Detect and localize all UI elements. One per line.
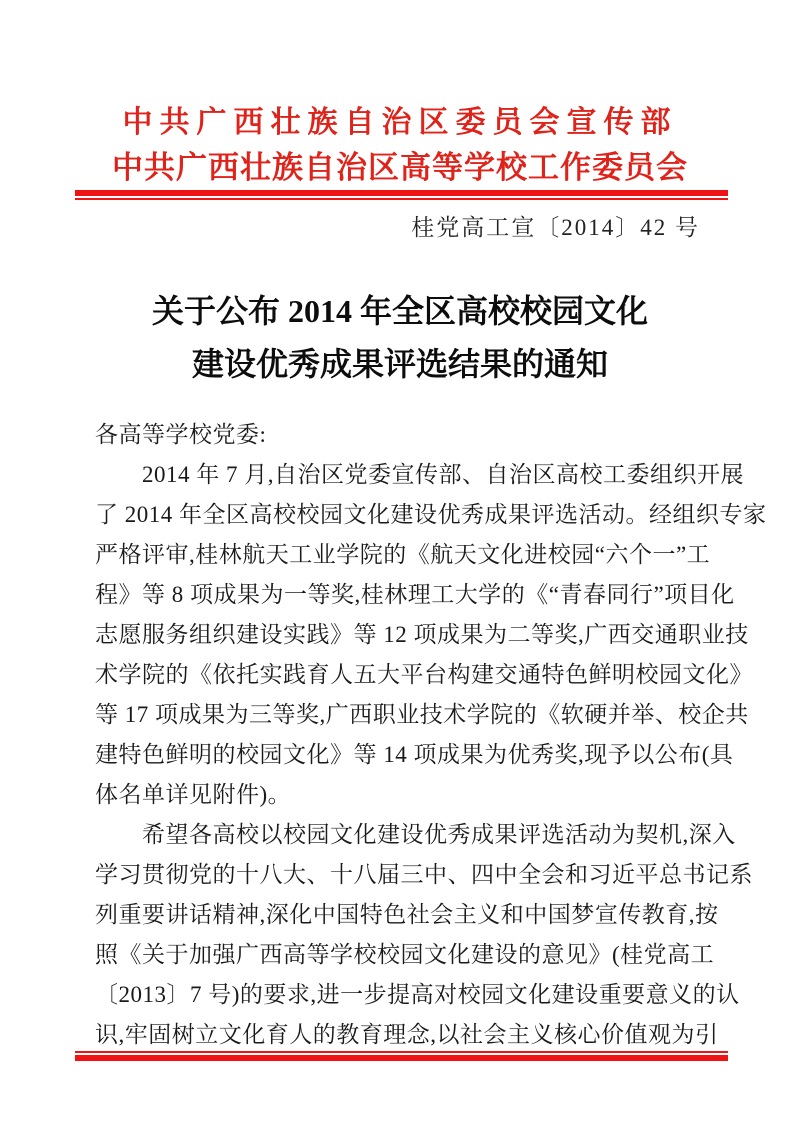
document-title-line-2: 建设优秀成果评选结果的通知: [0, 338, 800, 391]
text-line: 体名单详见附件)。: [95, 775, 715, 815]
paragraph-1: 2014 年 7 月,自治区党委宣传部、自治区高校工委组织开展了 2014 年全…: [95, 455, 715, 815]
red-rule-bottom-thick-line: [75, 1055, 728, 1061]
issuing-org-line-1: 中共广西壮族自治区委员会宣传部: [0, 101, 800, 145]
text-line: 〔2013〕7 号)的要求,进一步提高对校园文化建设重要意义的认: [95, 975, 715, 1015]
text-line: 了 2014 年全区高校校园文化建设优秀成果评选活动。经组织专家: [95, 495, 715, 535]
document-title-line-1: 关于公布 2014 年全区高校校园文化: [0, 285, 800, 338]
red-rule-top: [75, 190, 728, 200]
issuing-org-line-2: 中共广西壮族自治区高等学校工作委员会: [0, 146, 800, 190]
text-line: 学习贯彻党的十八大、十八届三中、四中全会和习近平总书记系: [95, 855, 715, 895]
text-line: 严格评审,桂林航天工业学院的《航天文化进校园“六个一”工: [95, 535, 715, 575]
salutation: 各高等学校党委:: [95, 415, 715, 455]
text-line: 等 17 项成果为三等奖,广西职业技术学院的《软硬并举、校企共: [95, 695, 715, 735]
text-line: 术学院的《依托实践育人五大平台构建交通特色鲜明校园文化》: [95, 655, 715, 695]
document-title: 关于公布 2014 年全区高校校园文化 建设优秀成果评选结果的通知: [0, 285, 800, 391]
red-rule-top-thin-line: [75, 198, 728, 200]
paragraph-2: 希望各高校以校园文化建设优秀成果评选活动为契机,深入学习贯彻党的十八大、十八届三…: [95, 815, 715, 1055]
text-line: 列重要讲话精神,深化中国特色社会主义和中国梦宣传教育,按: [95, 895, 715, 935]
document-number: 桂党高工宣〔2014〕42 号: [411, 212, 700, 244]
document-body: 各高等学校党委: 2014 年 7 月,自治区党委宣传部、自治区高校工委组织开展…: [95, 415, 715, 1055]
text-line: 希望各高校以校园文化建设优秀成果评选活动为契机,深入: [95, 815, 715, 855]
text-line: 建特色鲜明的校园文化》等 14 项成果为优秀奖,现予以公布(具: [95, 735, 715, 775]
text-line: 2014 年 7 月,自治区党委宣传部、自治区高校工委组织开展: [95, 455, 715, 495]
text-line: 识,牢固树立文化育人的教育理念,以社会主义核心价值观为引: [95, 1015, 715, 1055]
text-line: 志愿服务组织建设实践》等 12 项成果为二等奖,广西交通职业技: [95, 615, 715, 655]
text-line: 程》等 8 项成果为一等奖,桂林理工大学的《“青春同行”项目化: [95, 575, 715, 615]
text-line: 照《关于加强广西高等学校校园文化建设的意见》(桂党高工: [95, 935, 715, 975]
red-rule-bottom: [75, 1051, 728, 1061]
document-page: 中共广西壮族自治区委员会宣传部 中共广西壮族自治区高等学校工作委员会 桂党高工宣…: [0, 0, 800, 1132]
